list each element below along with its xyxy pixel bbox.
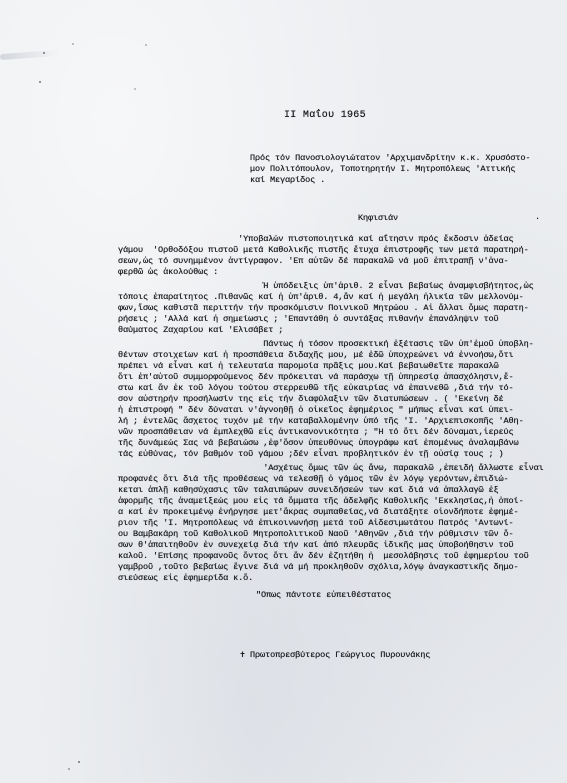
recipient-line: καί Μεγαρίδος . <box>250 175 325 186</box>
body-line: Ἡ ὑπόδειξις ὑπ'ἀριθ. 2 εἶναι βεβαίως ἀνα… <box>118 281 534 292</box>
body-line: σιεύσεως εἰς ἐφημερίδα κ.ὅ. <box>118 573 253 584</box>
body-line: καλοῦ. 'Επίσης προφανοῦς ὄντος ὅτι ἄν δέ… <box>118 551 529 562</box>
body-line: ρήσεις ; 'Αλλά καί ἡ σημείωσις ; 'Επαντά… <box>118 314 499 325</box>
body-line: τόποις ἐπαραίτητος .Πιθανῶς καί ἡ ὑπ'ἀρι… <box>118 292 524 303</box>
paper-speck <box>43 52 45 54</box>
letter-date: II Μαΐου 1965 <box>284 110 366 121</box>
letter-page: II Μαΐου 1965 Πρός τόν Πανοσιολογιώτατον… <box>0 0 567 783</box>
body-line: φων,ἴσως καθιστᾶ περιττήν τήν προσκόμισι… <box>118 303 529 314</box>
body-line: λή ; ἐντελῶς ἄσχετος τυχόν μέ τήν καταβα… <box>118 416 524 427</box>
body-line: θαύματος Ζαχαρίου καί 'Ελισάβετ ; <box>118 325 283 336</box>
closing-phrase: "Οπως πάντοτε εὐπειθέστατος <box>256 590 391 601</box>
body-line: ἡ ἐπιστροφή " δέν δύναται ν'ἀγνοηθῇ ὁ οἰ… <box>118 405 514 416</box>
body-line: σον αὐστηρήν προσήλωσίν της εἰς τήν διαφ… <box>118 394 504 405</box>
body-line: α καί ἐν προκειμένῳ ἐνήργησε μετ'ἄκρας σ… <box>118 507 519 518</box>
body-line: ὅτι ἐπ'αὐτοῦ συμμορφούμενος δέν πρόκειτα… <box>118 372 514 383</box>
body-line: 'Ασχέτως ὅμως τῶν ὡς ἄνω, παρακαλῶ ,ἐπει… <box>118 463 544 474</box>
paper-speck <box>145 44 147 46</box>
paper-speck <box>72 43 74 45</box>
salutation-location: Κηφισιάν <box>358 213 398 224</box>
body-line: 'Υποβαλών πιστοποιητικά καί αΐτησιν πρός… <box>118 234 514 245</box>
body-line: γαμβροῦ ,τοῦτο βεβαίως ἔγινε διά νά μή π… <box>118 562 519 573</box>
paper-speck <box>134 88 136 90</box>
recipient-line: μον Πολιτόπουλον, Τοποτηρητήν Ι. Μητροπό… <box>250 164 515 175</box>
recipient-line: Πρός τόν Πανοσιολογιώτατον 'Αρχιμανδρίτη… <box>250 153 530 164</box>
body-line: κεται ἁπλῇ καθησύχασις τῶν ταλαιπώρων συ… <box>118 485 499 496</box>
body-line: θέντων στοιχείων καί ἡ προσπάθεια διδαχῆ… <box>118 350 514 361</box>
body-line: σων θ'ἀπαιτηθοῦν ἐν συνεχείᾳ διά τήν καί… <box>118 540 514 551</box>
body-line: Πάντως ἡ τόσον προσεκτική ἐξέτασις τῶν ὑ… <box>118 339 534 350</box>
body-line: νῶν προσπάθειαν νά ἐμπλεχθῶ εἰς ἀντικανο… <box>118 427 514 438</box>
body-line: προφανές ὅτι διά τῆς προθέσεως νά τελεσθ… <box>118 474 509 485</box>
body-line: στω καί ἄν ἐκ τοῦ λόγου τούτου στερρευθῶ… <box>118 383 514 394</box>
body-line: ου Βαμβακάρη τοῦ Καθολικοῦ Μητροπολιτικο… <box>118 529 514 540</box>
body-line: ἀφορμῆς τῆς ἀναμείξεώς μου εἰς τά ὄμματα… <box>118 496 524 507</box>
body-line: φερθῶ ὡς ἀκολούθως : <box>118 267 218 278</box>
paper-speck <box>78 761 80 763</box>
salutation-mark: . <box>535 212 540 223</box>
paper-speck <box>39 81 41 83</box>
signature-name: Πρωτοπρεσβύτερος Γεώργιος Πυρουνάκης <box>250 650 430 660</box>
paper-speck <box>68 768 70 770</box>
body-line: ριον τῆς 'Ι. Μητροπόλεως νά ἐπικοινωνήσῃ… <box>118 518 514 529</box>
cross-icon: ✝ <box>240 650 245 660</box>
body-line: σεων,ὡς τό συνημμένον ἀντίγραφον. 'Επ αὐ… <box>118 256 509 267</box>
body-line: πρέπει νά εἶναι καί ἡ τελευταία παρομοία… <box>118 361 499 372</box>
body-line: γάμου 'Ορθοδόξου πιστοῦ μετά Καθολικῆς π… <box>118 245 529 256</box>
paper-crease <box>0 50 60 60</box>
signature-block: ✝ Πρωτοπρεσβύτερος Γεώργιος Πυρουνάκης <box>240 650 430 661</box>
body-line: τάς εὐθύνας, τόν βαθμόν τοῦ γάμου ;δέν ε… <box>118 449 504 460</box>
body-line: τῆς δυνάμεώς Σας νά βεβαιώσω ,ἐφ'ὅσον ὑπ… <box>118 438 519 449</box>
